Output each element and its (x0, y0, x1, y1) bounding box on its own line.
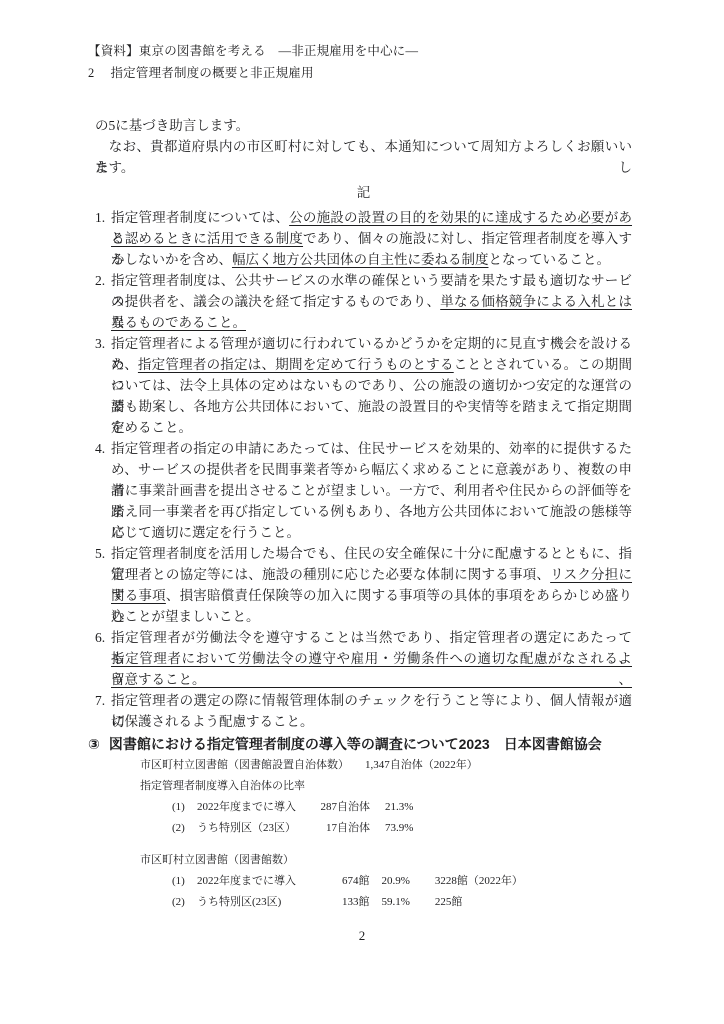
text-run: の5に基づき助言します。 (95, 118, 249, 133)
stat-label: うち特別区（23区） (197, 818, 313, 839)
stat-row: (2)うち特別区（23区）17自治体73.9% (172, 818, 632, 839)
underlined-text: と認めるときに活用できる制度 (111, 231, 303, 246)
page-number: 2 (0, 928, 724, 944)
list-item: 4.指定管理者の指定の申請にあたっては、住民サービスを効果的、効率的に提供するた… (95, 438, 632, 543)
underlined-text: 指定管理者の指定は、期間を定めて行うものとする (138, 357, 454, 372)
list-item: 3.指定管理者による管理が適切に行われているかどうかを定期的に見直す機会を設ける… (95, 333, 632, 438)
list-item: 5.指定管理者制度を活用した場合でも、住民の安全確保に十分に配慮するとともに、指… (95, 543, 632, 627)
stat-block1-title-value: 1,347自治体（2022年） (365, 759, 478, 771)
underlined-text: なるものであること。 (111, 315, 246, 330)
stat-num: (2) (172, 818, 197, 839)
text-line: め、指定管理者の指定は、期間を定めて行うものとすることとされている。この期間に (111, 354, 632, 375)
text-run: なお、貴都道府県内の市区町村に対しても、本通知について周知方よろしくお願いいたし (95, 139, 632, 175)
statistics: 市区町村立図書館（図書館設置自治体数）1,347自治体（2022年） 指定管理者… (95, 755, 632, 913)
text-run: め、 (111, 357, 138, 372)
text-line: 指定管理者の指定の申請にあたっては、住民サービスを効果的、効率的に提供するた (111, 438, 632, 459)
stat-pct: 21.3% (385, 797, 413, 818)
text-line: むことが望ましいこと。 (111, 606, 632, 627)
text-line: 請も勘案し、各地方公共団体において、施設の設置目的や実情等を踏まえて指定期間を (111, 396, 632, 417)
list-item-number: 3. (95, 333, 105, 354)
text-run: むことが望ましいこと。 (111, 609, 260, 624)
text-run: 定めること。 (111, 420, 192, 435)
stat-block1-title: 市区町村立図書館（図書館設置自治体数）1,347自治体（2022年） (140, 755, 632, 776)
stat-block2-rows: (1)2022年度までに導入674館20.9%3228館（2022年）(2)うち… (95, 871, 632, 913)
numbered-list: 1.指定管理者制度については、公の施設の設置の目的を効果的に達成するため必要があ… (95, 207, 632, 732)
text-run: となっていること。 (488, 252, 610, 267)
stat-label: 2022年度までに導入 (197, 871, 342, 892)
list-item: 2.指定管理者制度は、公共サービスの水準の確保という要請を果たす最も適切なサービ… (95, 270, 632, 333)
page-header: 【資料】東京の図書館を考える ―非正規雇用を中心に― 2 指定管理者制度の概要と… (88, 40, 418, 84)
text-run: に保護されるよう配慮すること。 (111, 714, 314, 729)
text-run: 指定管理者の指定の申請にあたっては、住民サービスを効果的、効率的に提供するた (111, 441, 632, 456)
stat-block1-title-text: 市区町村立図書館（図書館設置自治体数） (140, 759, 349, 771)
document-page: 【資料】東京の図書館を考える ―非正規雇用を中心に― 2 指定管理者制度の概要と… (0, 0, 724, 1024)
text-line: なお、貴都道府県内の市区町村に対しても、本通知について周知方よろしくお願いいたし (95, 136, 632, 157)
text-run: かしないかを含め、 (111, 252, 232, 267)
underlined-text: 幅広く地方公共団体の自主性に委ねる制度 (232, 252, 489, 267)
text-line: と認めるときに活用できる制度であり、個々の施設に対し、指定管理者制度を導入する (111, 228, 632, 249)
stat-block1-rows: (1)2022年度までに導入287自治体21.3%(2)うち特別区（23区）17… (95, 797, 632, 839)
stat-total: 3228館（2022年） (435, 871, 523, 892)
text-line: 指定管理者が労働法令を遵守することは当然であり、指定管理者の選定にあたっても、 (111, 627, 632, 648)
underlined-text: する事項 (111, 588, 166, 603)
stat-num: (2) (172, 892, 197, 913)
text-line: 管理者との協定等には、施設の種別に応じた必要な体制に関する事項、リスク分担に関 (111, 564, 632, 585)
text-line: まえ同一事業者を再び指定している例もあり、各地方公共団体において施設の態様等に (111, 501, 632, 522)
text-line: 指定管理者制度は、公共サービスの水準の確保という要請を果たす最も適切なサービス (111, 270, 632, 291)
stat-num: (1) (172, 797, 197, 818)
stat-value: 17自治体 (313, 818, 370, 839)
text-line: の提供者を、議会の議決を経て指定するものであり、単なる価格競争による入札とは異 (111, 291, 632, 312)
record-mark: 記 (95, 182, 632, 203)
text-line: 指定管理者制度については、公の施設の設置の目的を効果的に達成するため必要がある (111, 207, 632, 228)
document-body: の5に基づき助言します。 なお、貴都道府県内の市区町村に対しても、本通知について… (95, 115, 632, 913)
list-item-number: 7. (95, 690, 105, 711)
text-line: 定めること。 (111, 417, 632, 438)
text-line: 者に事業計画書を提出させることが望ましい。一方で、利用者や住民からの評価等を踏 (111, 480, 632, 501)
stat-pct: 59.1% (382, 892, 410, 913)
underlined-text: 留意すること。 (111, 672, 206, 687)
stat-value: 287自治体 (313, 797, 370, 818)
stat-value: 133館 (342, 892, 370, 913)
text-line: 応じて適切に選定を行うこと。 (111, 522, 632, 543)
text-run: 指定管理者制度については、 (111, 210, 289, 225)
stat-label: 2022年度までに導入 (197, 797, 313, 818)
text-line: 指定管理者制度を活用した場合でも、住民の安全確保に十分に配慮するとともに、指定 (111, 543, 632, 564)
text-run: ます。 (95, 160, 134, 175)
list-item-number: 2. (95, 270, 105, 291)
stat-row: (1)2022年度までに導入674館20.9%3228館（2022年） (172, 871, 632, 892)
list-item: 6.指定管理者が労働法令を遵守することは当然であり、指定管理者の選定にあたっても… (95, 627, 632, 690)
list-item-number: 4. (95, 438, 105, 459)
text-line: の5に基づき助言します。 (95, 115, 632, 136)
stat-pct: 73.9% (385, 818, 413, 839)
stat-row: (1)2022年度までに導入287自治体21.3% (172, 797, 632, 818)
list-item-number: 6. (95, 627, 105, 648)
text-line: め、サービスの提供者を民間事業者等から幅広く求めることに意義があり、複数の申請 (111, 459, 632, 480)
text-line: ついては、法令上具体の定めはないものであり、公の施設の適切かつ安定的な運営の要 (111, 375, 632, 396)
text-line: 指定管理者において労働法令の遵守や雇用・労働条件への適切な配慮がなされるよう、 (111, 648, 632, 669)
stat-label: うち特別区(23区) (197, 892, 342, 913)
header-subtitle-line: 2 指定管理者制度の概要と非正規雇用 (88, 62, 418, 84)
stat-num: (1) (172, 871, 197, 892)
text-run: 応じて適切に選定を行うこと。 (111, 525, 300, 540)
section-heading-text: 図書館における指定管理者制度の導入等の調査について2023 日本図書館協会 (109, 736, 602, 752)
stat-total: 225館 (435, 892, 463, 913)
header-title-line: 【資料】東京の図書館を考える ―非正規雇用を中心に― (88, 40, 418, 62)
text-line: する事項、損害賠償責任保険等の加入に関する事項等の具体的事項をあらかじめ盛り込 (111, 585, 632, 606)
list-item: 1.指定管理者制度については、公の施設の設置の目的を効果的に達成するため必要があ… (95, 207, 632, 270)
section-heading: ③図書館における指定管理者制度の導入等の調査について2023 日本図書館協会 (88, 734, 632, 755)
intro-paragraph: の5に基づき助言します。 なお、貴都道府県内の市区町村に対しても、本通知について… (95, 115, 632, 178)
stat-block1-subtitle: 指定管理者制度導入自治体の比率 (140, 776, 632, 797)
text-line: 指定管理者による管理が適切に行われているかどうかを定期的に見直す機会を設けるた (111, 333, 632, 354)
list-item-number: 5. (95, 543, 105, 564)
text-run: の提供者を、議会の議決を経て指定するものであり、 (111, 294, 440, 309)
text-line: に保護されるよう配慮すること。 (111, 711, 632, 732)
list-item: 7.指定管理者の選定の際に情報管理体制のチェックを行うこと等により、個人情報が適… (95, 690, 632, 732)
text-run: 管理者との協定等には、施設の種別に応じた必要な体制に関する事項、 (111, 567, 550, 582)
stat-value: 674館 (342, 871, 370, 892)
section-marker-icon: ③ (88, 736, 100, 752)
text-line: なるものであること。 (111, 312, 632, 333)
text-line: 指定管理者の選定の際に情報管理体制のチェックを行うこと等により、個人情報が適切 (111, 690, 632, 711)
list-item-number: 1. (95, 207, 105, 228)
stat-row: (2)うち特別区(23区)133館59.1%225館 (172, 892, 632, 913)
text-line: かしないかを含め、幅広く地方公共団体の自主性に委ねる制度となっていること。 (111, 249, 632, 270)
stat-block2-title: 市区町村立図書館（図書館数） (140, 850, 632, 871)
stat-pct: 20.9% (382, 871, 410, 892)
